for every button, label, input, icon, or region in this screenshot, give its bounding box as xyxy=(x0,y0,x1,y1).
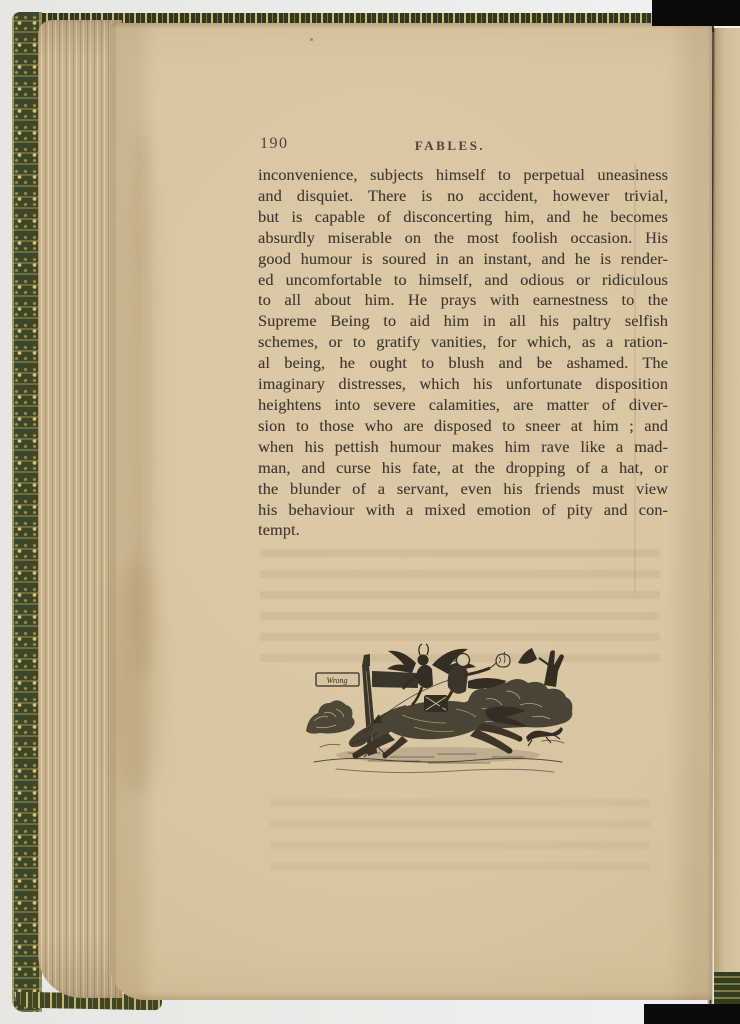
body-line: inconvenience, subjects himself to perpe… xyxy=(258,165,668,186)
signpost-label: Wrong xyxy=(326,676,347,685)
body-line: when his pettish humour makes him rave l… xyxy=(258,437,668,458)
body-line: to all about him. He prays with earnestn… xyxy=(258,290,668,311)
body-line: the blunder of a servant, even his frien… xyxy=(258,479,668,500)
book-page: 190 FABLES. inconvenience, subjects hims… xyxy=(110,23,712,1000)
dark-backdrop-bottom-right xyxy=(644,1004,740,1024)
body-line: schemes, or to gratify vanities, for whi… xyxy=(258,332,668,353)
flying-wig xyxy=(496,654,510,667)
body-line: imaginary distresses, which his unfortun… xyxy=(258,374,668,395)
left-bush xyxy=(306,700,355,733)
text-showthrough xyxy=(270,793,650,883)
stump-branch xyxy=(539,658,549,665)
body-line: absurdly miserable on the most foolish o… xyxy=(258,228,668,249)
foxing-spots xyxy=(310,38,313,41)
signpost-finial xyxy=(362,654,370,666)
body-line: his behaviour with a mixed emotion of pi… xyxy=(258,500,668,521)
facing-page-green-edge xyxy=(714,972,740,1006)
text-block: 190 FABLES. inconvenience, subjects hims… xyxy=(258,135,668,541)
facing-page-edge xyxy=(714,28,740,1010)
body-line: tempt. xyxy=(258,520,668,541)
flying-hat xyxy=(518,648,537,664)
body-line: man, and curse his fate, at the dropping… xyxy=(258,458,668,479)
body-line: al being, he ought to blush and be asham… xyxy=(258,353,668,374)
body-line: sion to those who are disposed to sneer … xyxy=(258,416,668,437)
running-head: FABLES. xyxy=(258,138,642,154)
page-header: 190 FABLES. xyxy=(258,135,668,154)
body-line: and disquiet. There is no accident, howe… xyxy=(258,186,668,207)
body-line: good humour is soured in an instant, and… xyxy=(258,249,668,270)
body-line: but is capable of disconcerting him, and… xyxy=(258,207,668,228)
body-line: heightens into severe calamities, are ma… xyxy=(258,395,668,416)
running-dog xyxy=(526,727,563,746)
body-line: ed uncomfortable to himself, and odious … xyxy=(258,270,668,291)
dark-backdrop-top-right xyxy=(652,0,740,26)
woodcut-illustration-horseman-with-demon: Wrong xyxy=(306,643,578,781)
paper-stain xyxy=(114,563,160,793)
photo-backdrop: 190 FABLES. inconvenience, subjects hims… xyxy=(0,0,740,1024)
tree-stump xyxy=(544,650,564,687)
body-line: Supreme Being to aid him in all his palt… xyxy=(258,311,668,332)
